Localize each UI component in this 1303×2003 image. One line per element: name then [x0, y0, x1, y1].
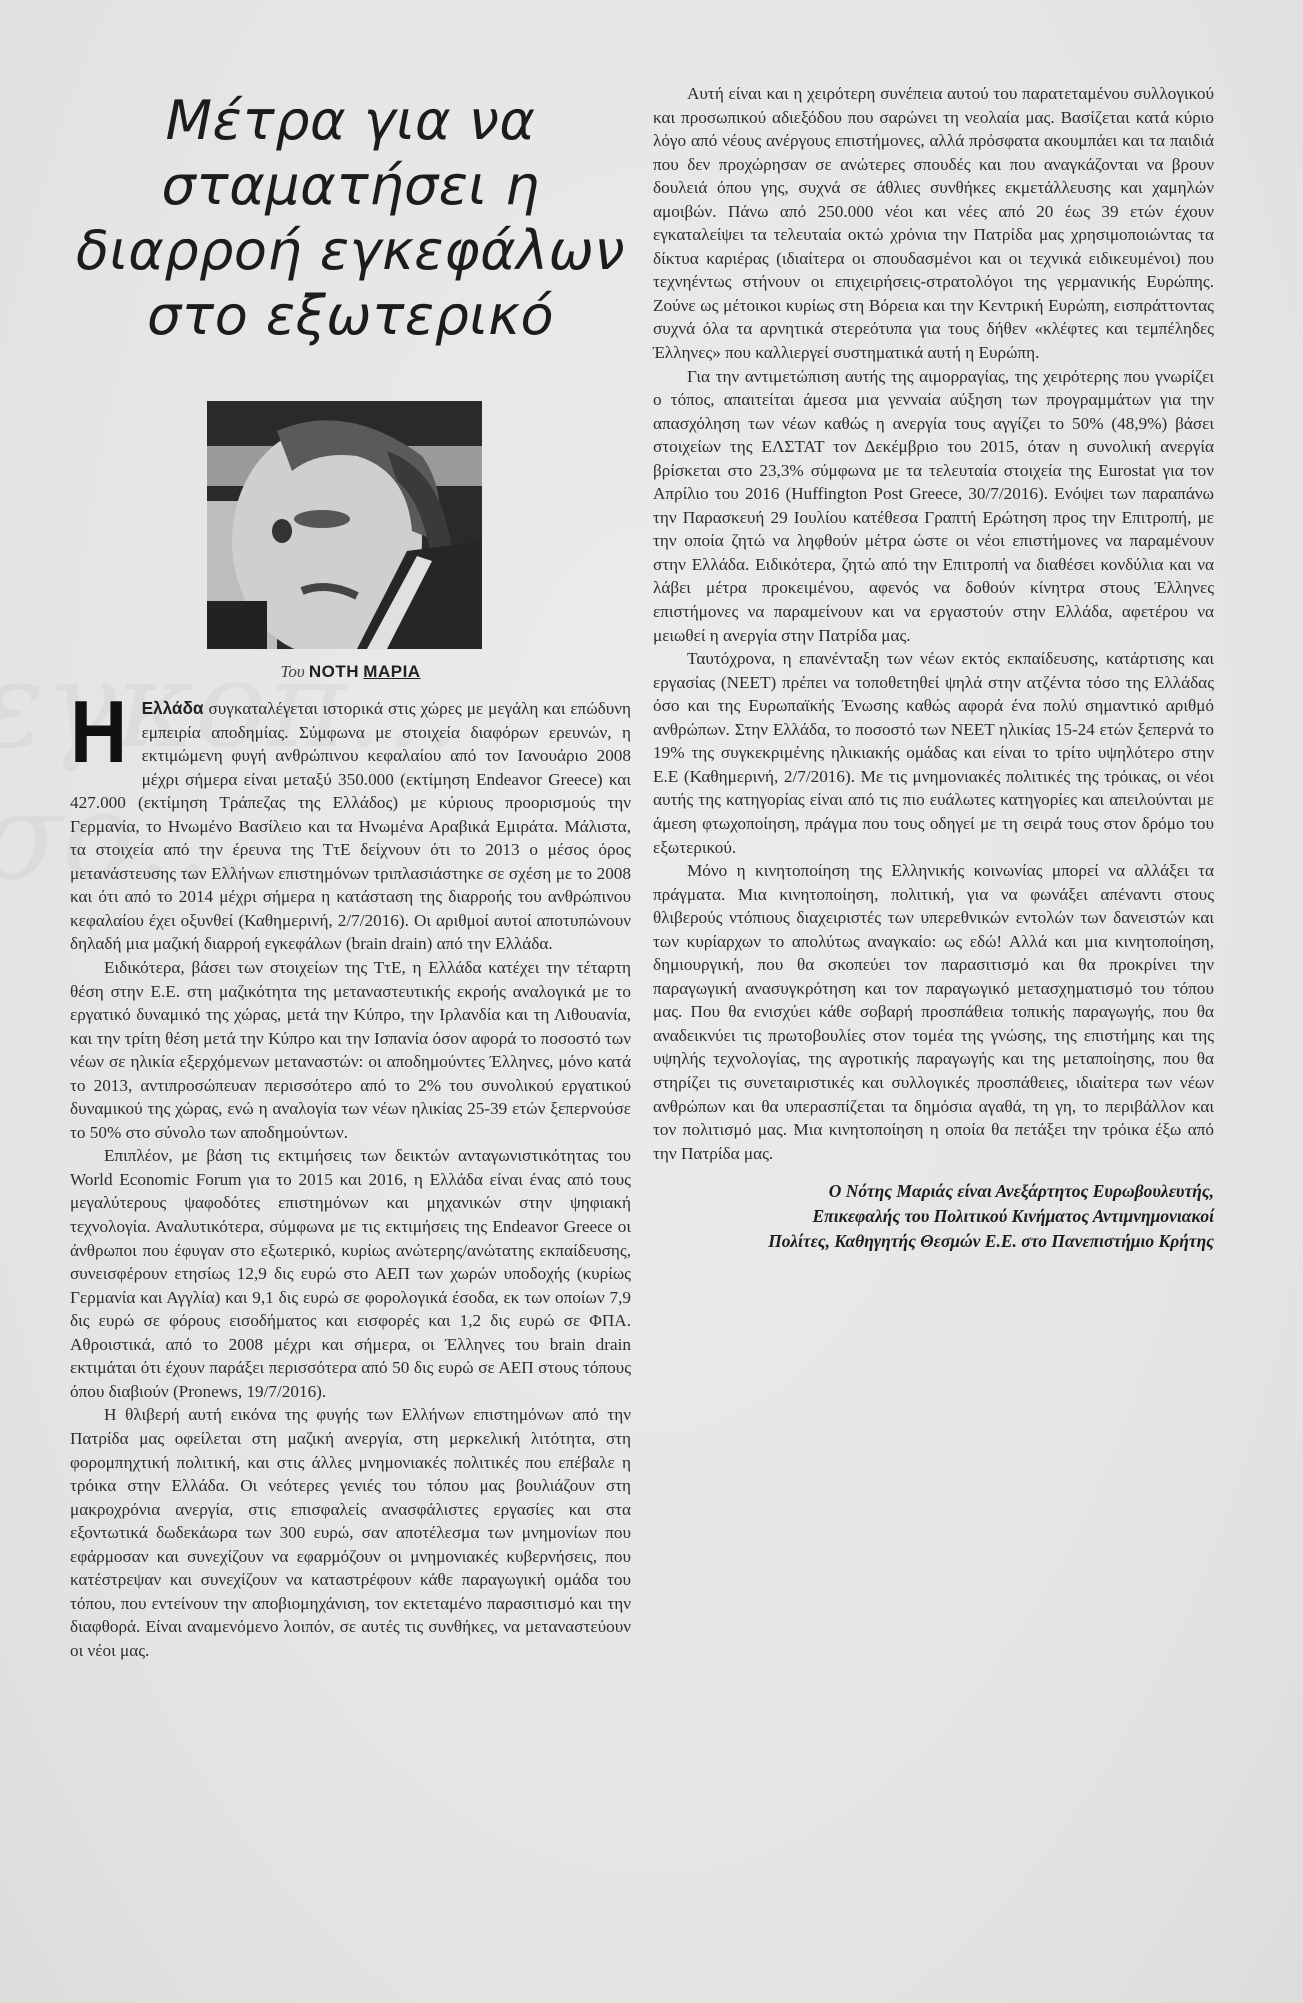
author-first-name: ΝΟΤΗ — [309, 662, 359, 681]
paragraph: Η θλιβερή αυτή εικόνα της φυγής των Ελλή… — [70, 1403, 631, 1662]
paragraph: Ταυτόχρονα, η επανένταξη των νέων εκτός … — [653, 647, 1214, 859]
portrait-image — [207, 401, 482, 649]
lead-word: Ελλάδα — [142, 698, 204, 718]
headline-line: στο εξωτερικό — [70, 283, 631, 348]
article-body-left: ΗΕλλάδα συγκαταλέγεται ιστορικά στις χώρ… — [70, 697, 631, 1662]
paragraph: Για την αντιμετώπιση αυτής της αιμορραγί… — [653, 365, 1214, 648]
author-photo — [207, 401, 482, 649]
author-surname: ΜΑΡΙΑ — [363, 662, 420, 681]
byline: Του ΝΟΤΗ ΜΑΡΙΑ — [70, 662, 631, 682]
paragraph: Μόνο η κινητοποίηση της Ελληνικής κοινων… — [653, 859, 1214, 1165]
author-bio-line: Πολίτες, Καθηγητής Θεσμών Ε.Ε. στο Πανεπ… — [653, 1229, 1214, 1254]
author-bio-line: Επικεφαλής του Πολιτικού Κινήματος Αντιμ… — [653, 1204, 1214, 1229]
headline-line: διαρροή εγκεφάλων — [70, 218, 631, 283]
paragraph: Αυτή είναι και η χειρότερη συνέπεια αυτο… — [653, 82, 1214, 365]
article-headline: Μέτρα για να σταματήσει η διαρροή εγκεφά… — [70, 88, 631, 348]
newspaper-page: εγκοπ... σο... Μέτρα για να σταματήσει η… — [0, 0, 1303, 2003]
author-bio-line: Ο Νότης Μαριάς είναι Ανεξάρτητος Ευρωβου… — [653, 1179, 1214, 1204]
headline-line: σταματήσει η — [70, 153, 631, 218]
paragraph: ΗΕλλάδα συγκαταλέγεται ιστορικά στις χώρ… — [70, 697, 631, 956]
right-column: Αυτή είναι και η χειρότερη συνέπεια αυτο… — [653, 82, 1214, 1254]
paragraph: Επιπλέον, με βάση τις εκτιμήσεις των δει… — [70, 1144, 631, 1403]
paragraph: Ειδικότερα, βάσει των στοιχείων της ΤτΕ,… — [70, 956, 631, 1144]
author-bio: Ο Νότης Μαριάς είναι Ανεξάρτητος Ευρωβου… — [653, 1179, 1214, 1254]
byline-prefix: Του — [280, 662, 304, 681]
headline-line: Μέτρα για να — [70, 88, 631, 153]
drop-cap: Η — [70, 699, 127, 769]
